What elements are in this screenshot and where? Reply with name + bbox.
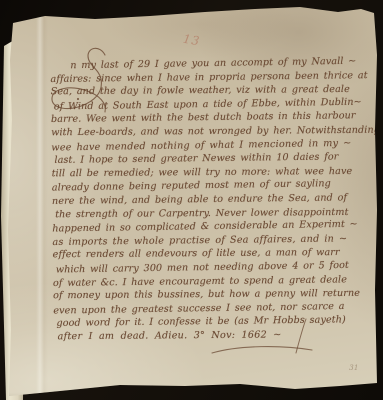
letter-body: n my last of 29 I gave you an accompt of… xyxy=(50,55,373,344)
manuscript-scan: 13 n my last of 29 I gave you an accompt… xyxy=(0,0,383,400)
manuscript-page: 13 n my last of 29 I gave you an accompt… xyxy=(0,0,383,400)
date-underline-flourish-icon xyxy=(210,342,314,361)
folio-number-bottom: 31 xyxy=(349,363,359,372)
folio-number-top: 13 xyxy=(182,32,201,49)
